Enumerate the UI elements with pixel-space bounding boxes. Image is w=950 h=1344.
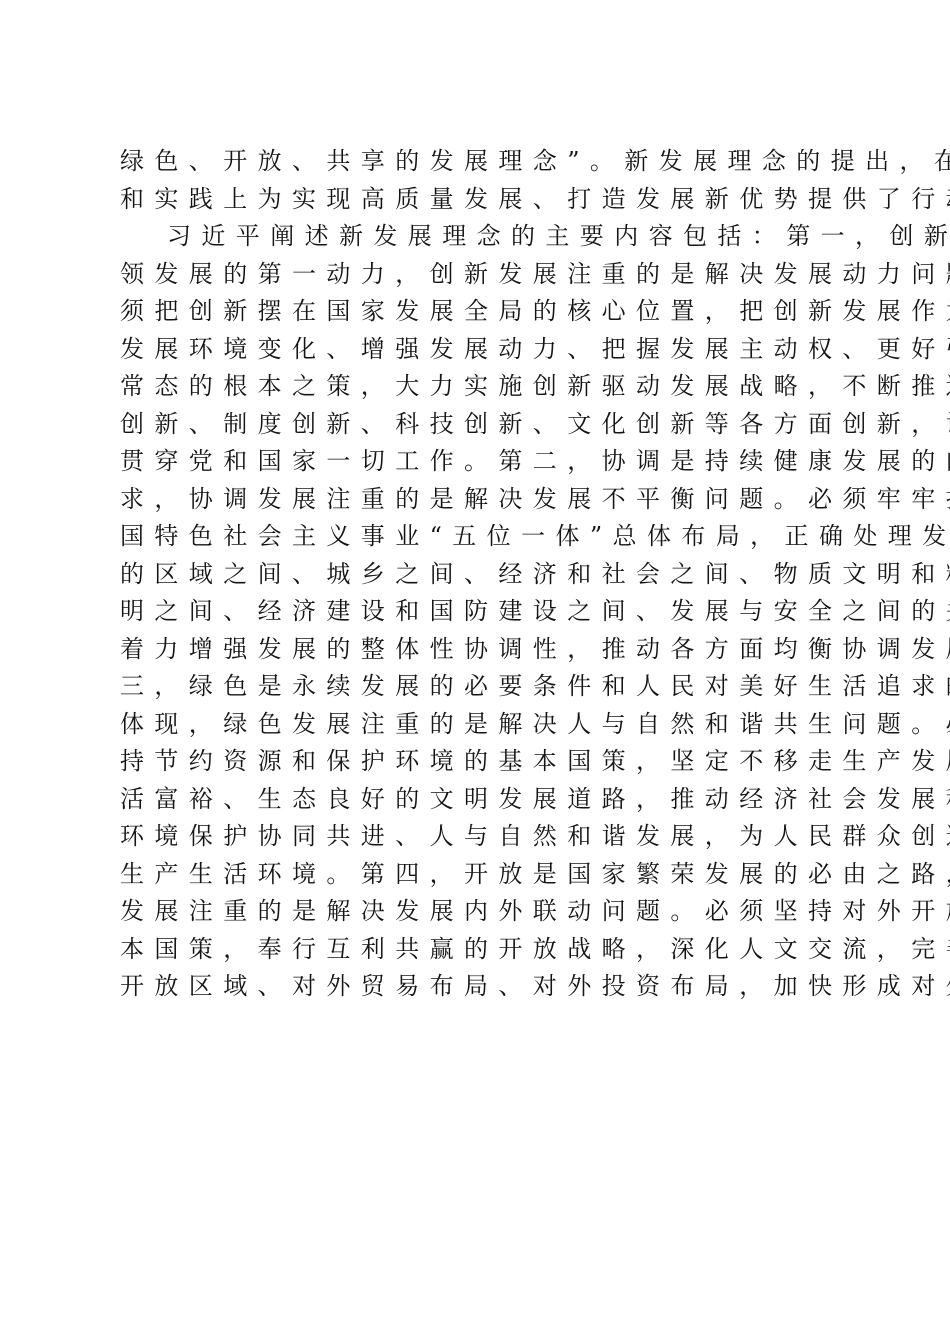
text-line: 体现，绿色发展注重的是解决人与自然和谐共生问题。必须坚 — [120, 706, 836, 744]
text-line: 发展注重的是解决发展内外联动问题。必须坚持对外开放的基 — [120, 893, 836, 931]
text-line: 贯穿党和国家一切工作。第二，协调是持续健康发展的内在要 — [120, 443, 836, 481]
text-line: 和实践上为实现高质量发展、打造发展新优势提供了行动指南。 — [120, 181, 836, 219]
text-line: 国特色社会主义事业“五位一体”总体布局，正确处理发展中 — [120, 518, 836, 556]
text-line: 三，绿色是永续发展的必要条件和人民对美好生活追求的重要 — [120, 668, 836, 706]
text-line: 开放区域、对外贸易布局、对外投资布局，加快形成对外开放 — [120, 968, 836, 1006]
text-line: 绿色、开放、共享的发展理念”。新发展理念的提出，在理论 — [120, 143, 836, 181]
text-line: 着力增强发展的整体性协调性，推动各方面均衡协调发展。第 — [120, 631, 836, 669]
text-line: 本国策，奉行互利共赢的开放战略，深化人文交流，完善对外 — [120, 931, 836, 969]
document-page: 绿色、开放、共享的发展理念”。新发展理念的提出，在理论 和实践上为实现高质量发展… — [0, 0, 950, 1344]
text-line: 活富裕、生态良好的文明发展道路，推动经济社会发展和生态 — [120, 781, 836, 819]
text-line: 的区域之间、城乡之间、经济和社会之间、物质文明和精神文 — [120, 556, 836, 594]
paragraph-start-line: 习近平阐述新发展理念的主要内容包括：第一，创新是引 — [120, 218, 836, 256]
text-line: 持节约资源和保护环境的基本国策，坚定不移走生产发展、生 — [120, 743, 836, 781]
text-line: 明之间、经济建设和国防建设之间、发展与安全之间的关系， — [120, 593, 836, 631]
text-line: 创新、制度创新、科技创新、文化创新等各方面创新，让创新 — [120, 406, 836, 444]
text-line: 领发展的第一动力，创新发展注重的是解决发展动力问题。必 — [120, 256, 836, 294]
text-line: 须把创新摆在国家发展全局的核心位置，把创新发展作为应对 — [120, 293, 836, 331]
body-text: 绿色、开放、共享的发展理念”。新发展理念的提出，在理论 和实践上为实现高质量发展… — [120, 143, 836, 1006]
text-line: 发展环境变化、增强发展动力、把握发展主动权、更好引领新 — [120, 331, 836, 369]
text-line: 环境保护协同共进、人与自然和谐发展，为人民群众创造良好 — [120, 818, 836, 856]
text-line: 生产生活环境。第四，开放是国家繁荣发展的必由之路，开放 — [120, 856, 836, 894]
text-line: 求，协调发展注重的是解决发展不平衡问题。必须牢牢把握中 — [120, 481, 836, 519]
text-line: 常态的根本之策，大力实施创新驱动发展战略，不断推进理论 — [120, 368, 836, 406]
